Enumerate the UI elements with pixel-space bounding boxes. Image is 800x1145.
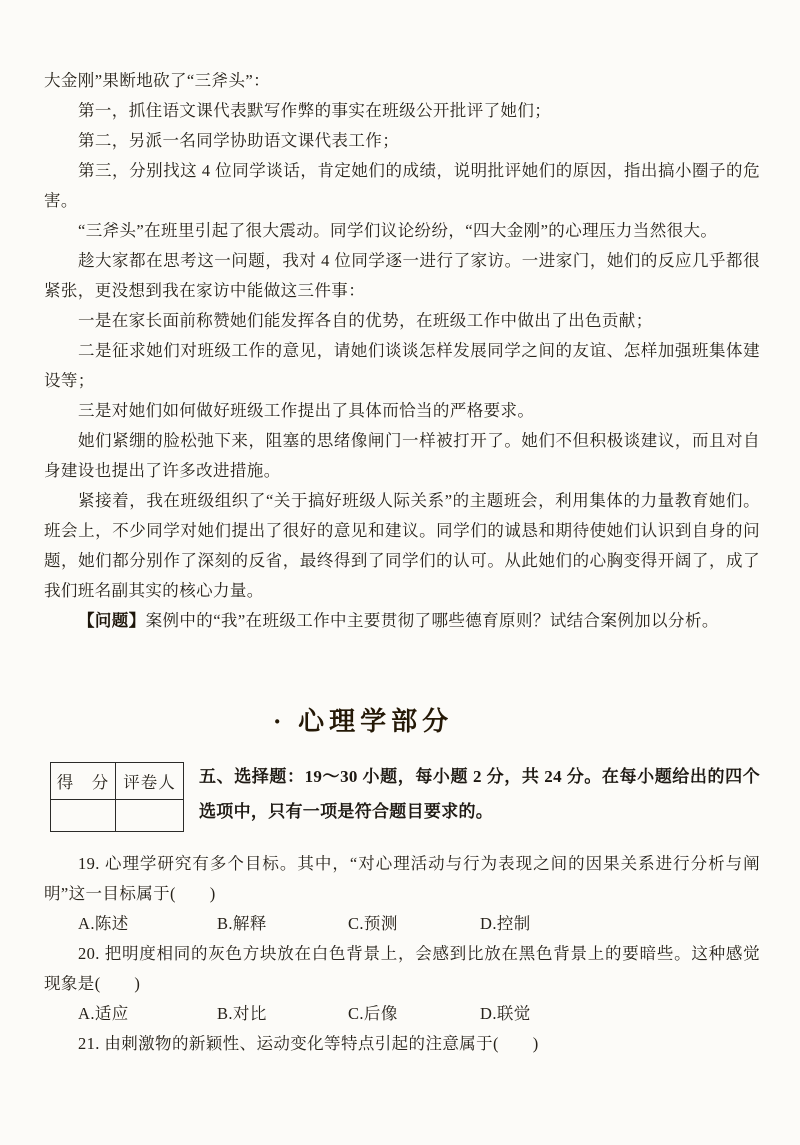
question-19: 19. 心理学研究有多个目标。其中，“对心理活动与行为表现之间的因果关系进行分析… — [44, 849, 760, 939]
case-paragraph: 紧接着，我在班级组织了“关于搞好班级人际关系”的主题班会，利用集体的力量教育她们… — [44, 486, 760, 606]
case-paragraph: 第一，抓住语文课代表默写作弊的事实在班级公开批评了她们； — [44, 96, 760, 126]
option-d: D.联觉 — [480, 999, 760, 1029]
question-options: A.陈述 B.解释 C.预测 D.控制 — [44, 909, 760, 939]
case-paragraph: 三是对她们如何做好班级工作提出了具体而恰当的严格要求。 — [44, 396, 760, 426]
case-problem-line: 【问题】案例中的“我”在班级工作中主要贯彻了哪些德育原则？试结合案例加以分析。 — [44, 606, 760, 636]
case-paragraph: 她们紧绷的脸松弛下来，阻塞的思绪像闸门一样被打开了。她们不但积极谈建议，而且对自… — [44, 426, 760, 486]
score-cell-empty — [51, 800, 116, 832]
option-d: D.控制 — [480, 909, 760, 939]
question-options: A.适应 B.对比 C.后像 D.联觉 — [44, 999, 760, 1029]
grader-cell-empty — [116, 800, 184, 832]
case-paragraph: 第三，分别找这 4 位同学谈话，肯定她们的成绩，说明批评她们的原因，指出搞小圈子… — [44, 156, 760, 216]
option-c: C.后像 — [348, 999, 480, 1029]
option-b: B.对比 — [217, 999, 348, 1029]
score-box: 得 分 评卷人 — [50, 762, 184, 832]
question-21: 21. 由刺激物的新颖性、运动变化等特点引起的注意属于( ) — [44, 1029, 760, 1059]
question-stem: 20. 把明度相同的灰色方块放在白色背景上，会感到比放在黑色背景上的要暗些。这种… — [44, 939, 760, 999]
score-label: 得 分 — [51, 763, 116, 800]
selection-section-header: 得 分 评卷人 五、选择题：19～30 小题，每小题 2 分，共 24 分。在每… — [50, 762, 760, 832]
case-paragraph: “三斧头”在班里引起了很大震动。同学们议论纷纷，“四大金刚”的心理压力当然很大。 — [44, 216, 760, 246]
option-a: A.陈述 — [78, 909, 217, 939]
case-paragraph: 大金刚”果断地砍了“三斧头”： — [44, 66, 760, 96]
question-20: 20. 把明度相同的灰色方块放在白色背景上，会感到比放在黑色背景上的要暗些。这种… — [44, 939, 760, 1029]
scanned-exam-page: 大金刚”果断地砍了“三斧头”： 第一，抓住语文课代表默写作弊的事实在班级公开批评… — [0, 0, 800, 1145]
section-heading-psychology: · 心理学部分 — [44, 706, 682, 738]
grader-label: 评卷人 — [116, 763, 184, 800]
case-paragraph: 趁大家都在思考这一问题，我对 4 位同学逐一进行了家访。一进家门，她们的反应几乎… — [44, 246, 760, 306]
option-c: C.预测 — [348, 909, 480, 939]
case-paragraph: 二是征求她们对班级工作的意见，请她们谈谈怎样发展同学之间的友谊、怎样加强班集体建… — [44, 336, 760, 396]
option-a: A.适应 — [78, 999, 217, 1029]
case-paragraph: 一是在家长面前称赞她们能发挥各自的优势，在班级工作中做出了出色贡献； — [44, 306, 760, 336]
problem-text: 案例中的“我”在班级工作中主要贯彻了哪些德育原则？试结合案例加以分析。 — [146, 611, 719, 630]
question-stem: 21. 由刺激物的新颖性、运动变化等特点引起的注意属于( ) — [44, 1029, 760, 1059]
question-stem: 19. 心理学研究有多个目标。其中，“对心理活动与行为表现之间的因果关系进行分析… — [44, 849, 760, 909]
option-b: B.解释 — [217, 909, 348, 939]
case-study-text: 大金刚”果断地砍了“三斧头”： 第一，抓住语文课代表默写作弊的事实在班级公开批评… — [44, 66, 760, 636]
case-paragraph: 第二，另派一名同学协助语文课代表工作； — [44, 126, 760, 156]
question-list: 19. 心理学研究有多个目标。其中，“对心理活动与行为表现之间的因果关系进行分析… — [44, 849, 760, 1059]
problem-label: 【问题】 — [78, 611, 146, 630]
section-instructions: 五、选择题：19～30 小题，每小题 2 分，共 24 分。在每小题给出的四个选… — [184, 759, 760, 829]
